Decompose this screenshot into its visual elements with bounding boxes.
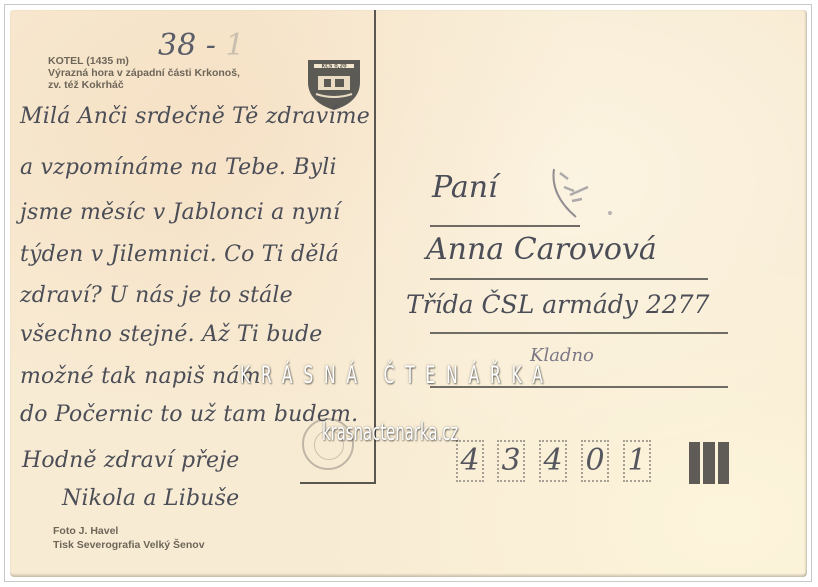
- reference-number: 38 - 1: [158, 28, 245, 63]
- watermark-url: krasnactenarka.cz: [322, 418, 458, 446]
- message-line: Hodně zdraví přeje: [22, 448, 240, 473]
- message-line: Milá Anči srdečně Tě zdravíme: [20, 104, 370, 129]
- postal-code-digit: 1: [623, 440, 651, 482]
- printer-credit: Tisk Severografia Velký Šenov: [53, 538, 205, 552]
- signature: Nikola a Libuše: [62, 486, 239, 511]
- message-line: jsme měsíc v Jablonci a nyní: [20, 200, 340, 225]
- caption-line: zv. též Kokrháč: [48, 79, 240, 91]
- postal-code-digit: 4: [539, 440, 567, 482]
- bar: [689, 442, 700, 484]
- postal-code-digit: 4: [456, 440, 484, 482]
- address-street: Třída ČSL armády 2277: [406, 290, 709, 319]
- watermark-title: KRÁSNÁ ČTENÁŘKA: [240, 361, 554, 389]
- postal-code-digit: 0: [581, 440, 609, 482]
- postal-code-digit: 3: [497, 440, 525, 482]
- message-line: všechno stejné. Až Ti bude: [20, 322, 323, 347]
- address-line: [430, 278, 708, 280]
- message-line: a vzpomínáme na Tebe. Byli: [20, 155, 337, 180]
- address-name: Anna Carovová: [426, 232, 657, 267]
- postmark-icon: [548, 165, 618, 225]
- postal-code-bars: [689, 442, 729, 484]
- message-line: týden v Jilemnici. Co Ti dělá: [20, 242, 339, 267]
- stamp-icon: KČS 0,20: [304, 52, 364, 112]
- address-line: [430, 332, 728, 334]
- postcard-divider-vertical: [374, 10, 376, 484]
- message-line: do Počernic to už tam budem.: [20, 402, 358, 427]
- address-salutation: Paní: [432, 170, 498, 205]
- caption-line: Výrazná hora v západní části Krkonoš,: [48, 67, 240, 79]
- svg-text:KČS 0,20: KČS 0,20: [321, 63, 347, 70]
- address-line: [430, 225, 580, 227]
- photo-credit: Foto J. Havel: [53, 524, 205, 538]
- bar: [718, 442, 729, 484]
- print-credits: Foto J. Havel Tisk Severografia Velký Še…: [53, 524, 205, 552]
- message-line: možné tak napiš nám: [20, 364, 261, 389]
- postcard-divider-corner: [300, 482, 376, 484]
- message-line: zdraví? U nás je to stále: [20, 283, 293, 308]
- bar: [703, 442, 714, 484]
